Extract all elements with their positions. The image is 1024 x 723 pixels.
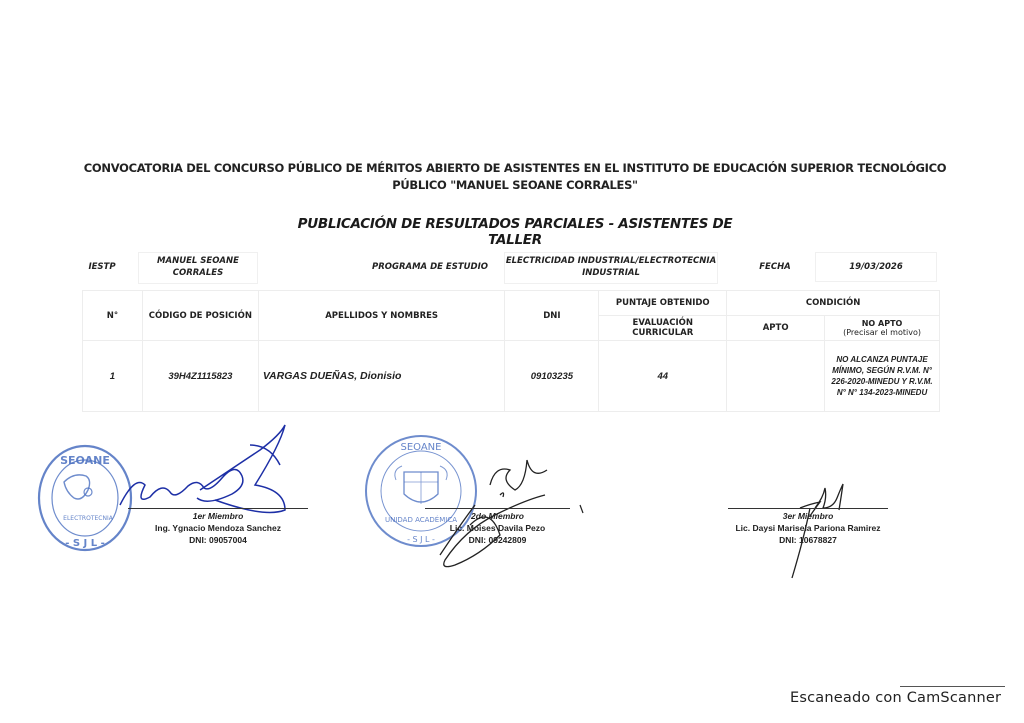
cell-dni: 09103235 — [505, 341, 599, 412]
signature-dni: DNI: 09242809 — [425, 534, 570, 546]
header-apto: APTO — [727, 316, 825, 341]
results-table: N° CÓDIGO DE POSICIÓN APELLIDOS Y NOMBRE… — [82, 290, 940, 412]
document-title: CONVOCATORIA DEL CONCURSO PÚBLICO DE MÉR… — [80, 160, 950, 194]
header-evaluacion: EVALUACIÓN CURRICULAR — [599, 316, 727, 341]
header-dni: DNI — [505, 291, 599, 341]
cell-no-apto: NO ALCANZA PUNTAJE MÍNIMO, SEGÚN R.V.M. … — [825, 341, 940, 412]
cell-nombres: VARGAS DUEÑAS, Dionisio — [258, 341, 505, 412]
cell-numero: 1 — [83, 341, 143, 412]
signature-block-2: 2do Miembro Lic. Moises Davila Pezo DNI:… — [425, 508, 570, 546]
svg-text:- S J L -: - S J L - — [65, 538, 105, 549]
header-numero: N° — [83, 291, 143, 341]
watermark-divider — [900, 686, 1005, 687]
table-row: 1 39H4Z1115823 VARGAS DUEÑAS, Dionisio 0… — [83, 341, 940, 412]
no-apto-label: NO APTO — [827, 319, 937, 328]
header-condicion: CONDICIÓN — [727, 291, 940, 316]
signature-1-icon — [110, 420, 310, 520]
signature-name: Lic. Moises Davila Pezo — [425, 522, 570, 534]
programa-value: ELECTRICIDAD INDUSTRIAL/ELECTROTECNIA IN… — [504, 252, 718, 284]
iestp-value: MANUEL SEOANE CORRALES — [138, 252, 258, 284]
signature-line — [425, 508, 570, 509]
signature-block-1: 1er Miembro Ing. Ygnacio Mendoza Sanchez… — [128, 508, 308, 546]
signature-block-3: 3er Miembro Lic. Daysi Marisela Pariona … — [728, 508, 888, 546]
signature-line — [128, 508, 308, 509]
signature-dni: DNI: 10678827 — [728, 534, 888, 546]
svg-text:ELECTROTECNIA: ELECTROTECNIA — [63, 515, 114, 522]
signature-role: 2do Miembro — [425, 510, 570, 522]
header-nombres: APELLIDOS Y NOMBRES — [258, 291, 505, 341]
header-no-apto: NO APTO (Precisar el motivo) — [825, 316, 940, 341]
iestp-label: IESTP — [80, 261, 124, 273]
camscanner-watermark: Escaneado con CamScanner — [790, 690, 1001, 706]
cell-codigo: 39H4Z1115823 — [142, 341, 258, 412]
header-codigo: CÓDIGO DE POSICIÓN — [142, 291, 258, 341]
signature-line — [728, 508, 888, 509]
fecha-value: 19/03/2026 — [815, 252, 937, 282]
fecha-label: FECHA — [740, 261, 810, 273]
no-apto-note: (Precisar el motivo) — [827, 328, 937, 337]
cell-apto — [727, 341, 825, 412]
signature-name: Lic. Daysi Marisela Pariona Ramirez — [728, 522, 888, 534]
document-subtitle: PUBLICACIÓN DE RESULTADOS PARCIALES - AS… — [290, 216, 740, 248]
svg-text:SEOANE: SEOANE — [60, 454, 110, 467]
meta-row: IESTP MANUEL SEOANE CORRALES PROGRAMA DE… — [80, 250, 940, 284]
signature-name: Ing. Ygnacio Mendoza Sanchez — [128, 522, 308, 534]
signature-dni: DNI: 09057004 — [128, 534, 308, 546]
header-puntaje: PUNTAJE OBTENIDO — [599, 291, 727, 316]
programa-label: PROGRAMA DE ESTUDIO — [360, 261, 500, 273]
signature-role: 3er Miembro — [728, 510, 888, 522]
signature-role: 1er Miembro — [128, 510, 308, 522]
cell-evaluacion: 44 — [599, 341, 727, 412]
